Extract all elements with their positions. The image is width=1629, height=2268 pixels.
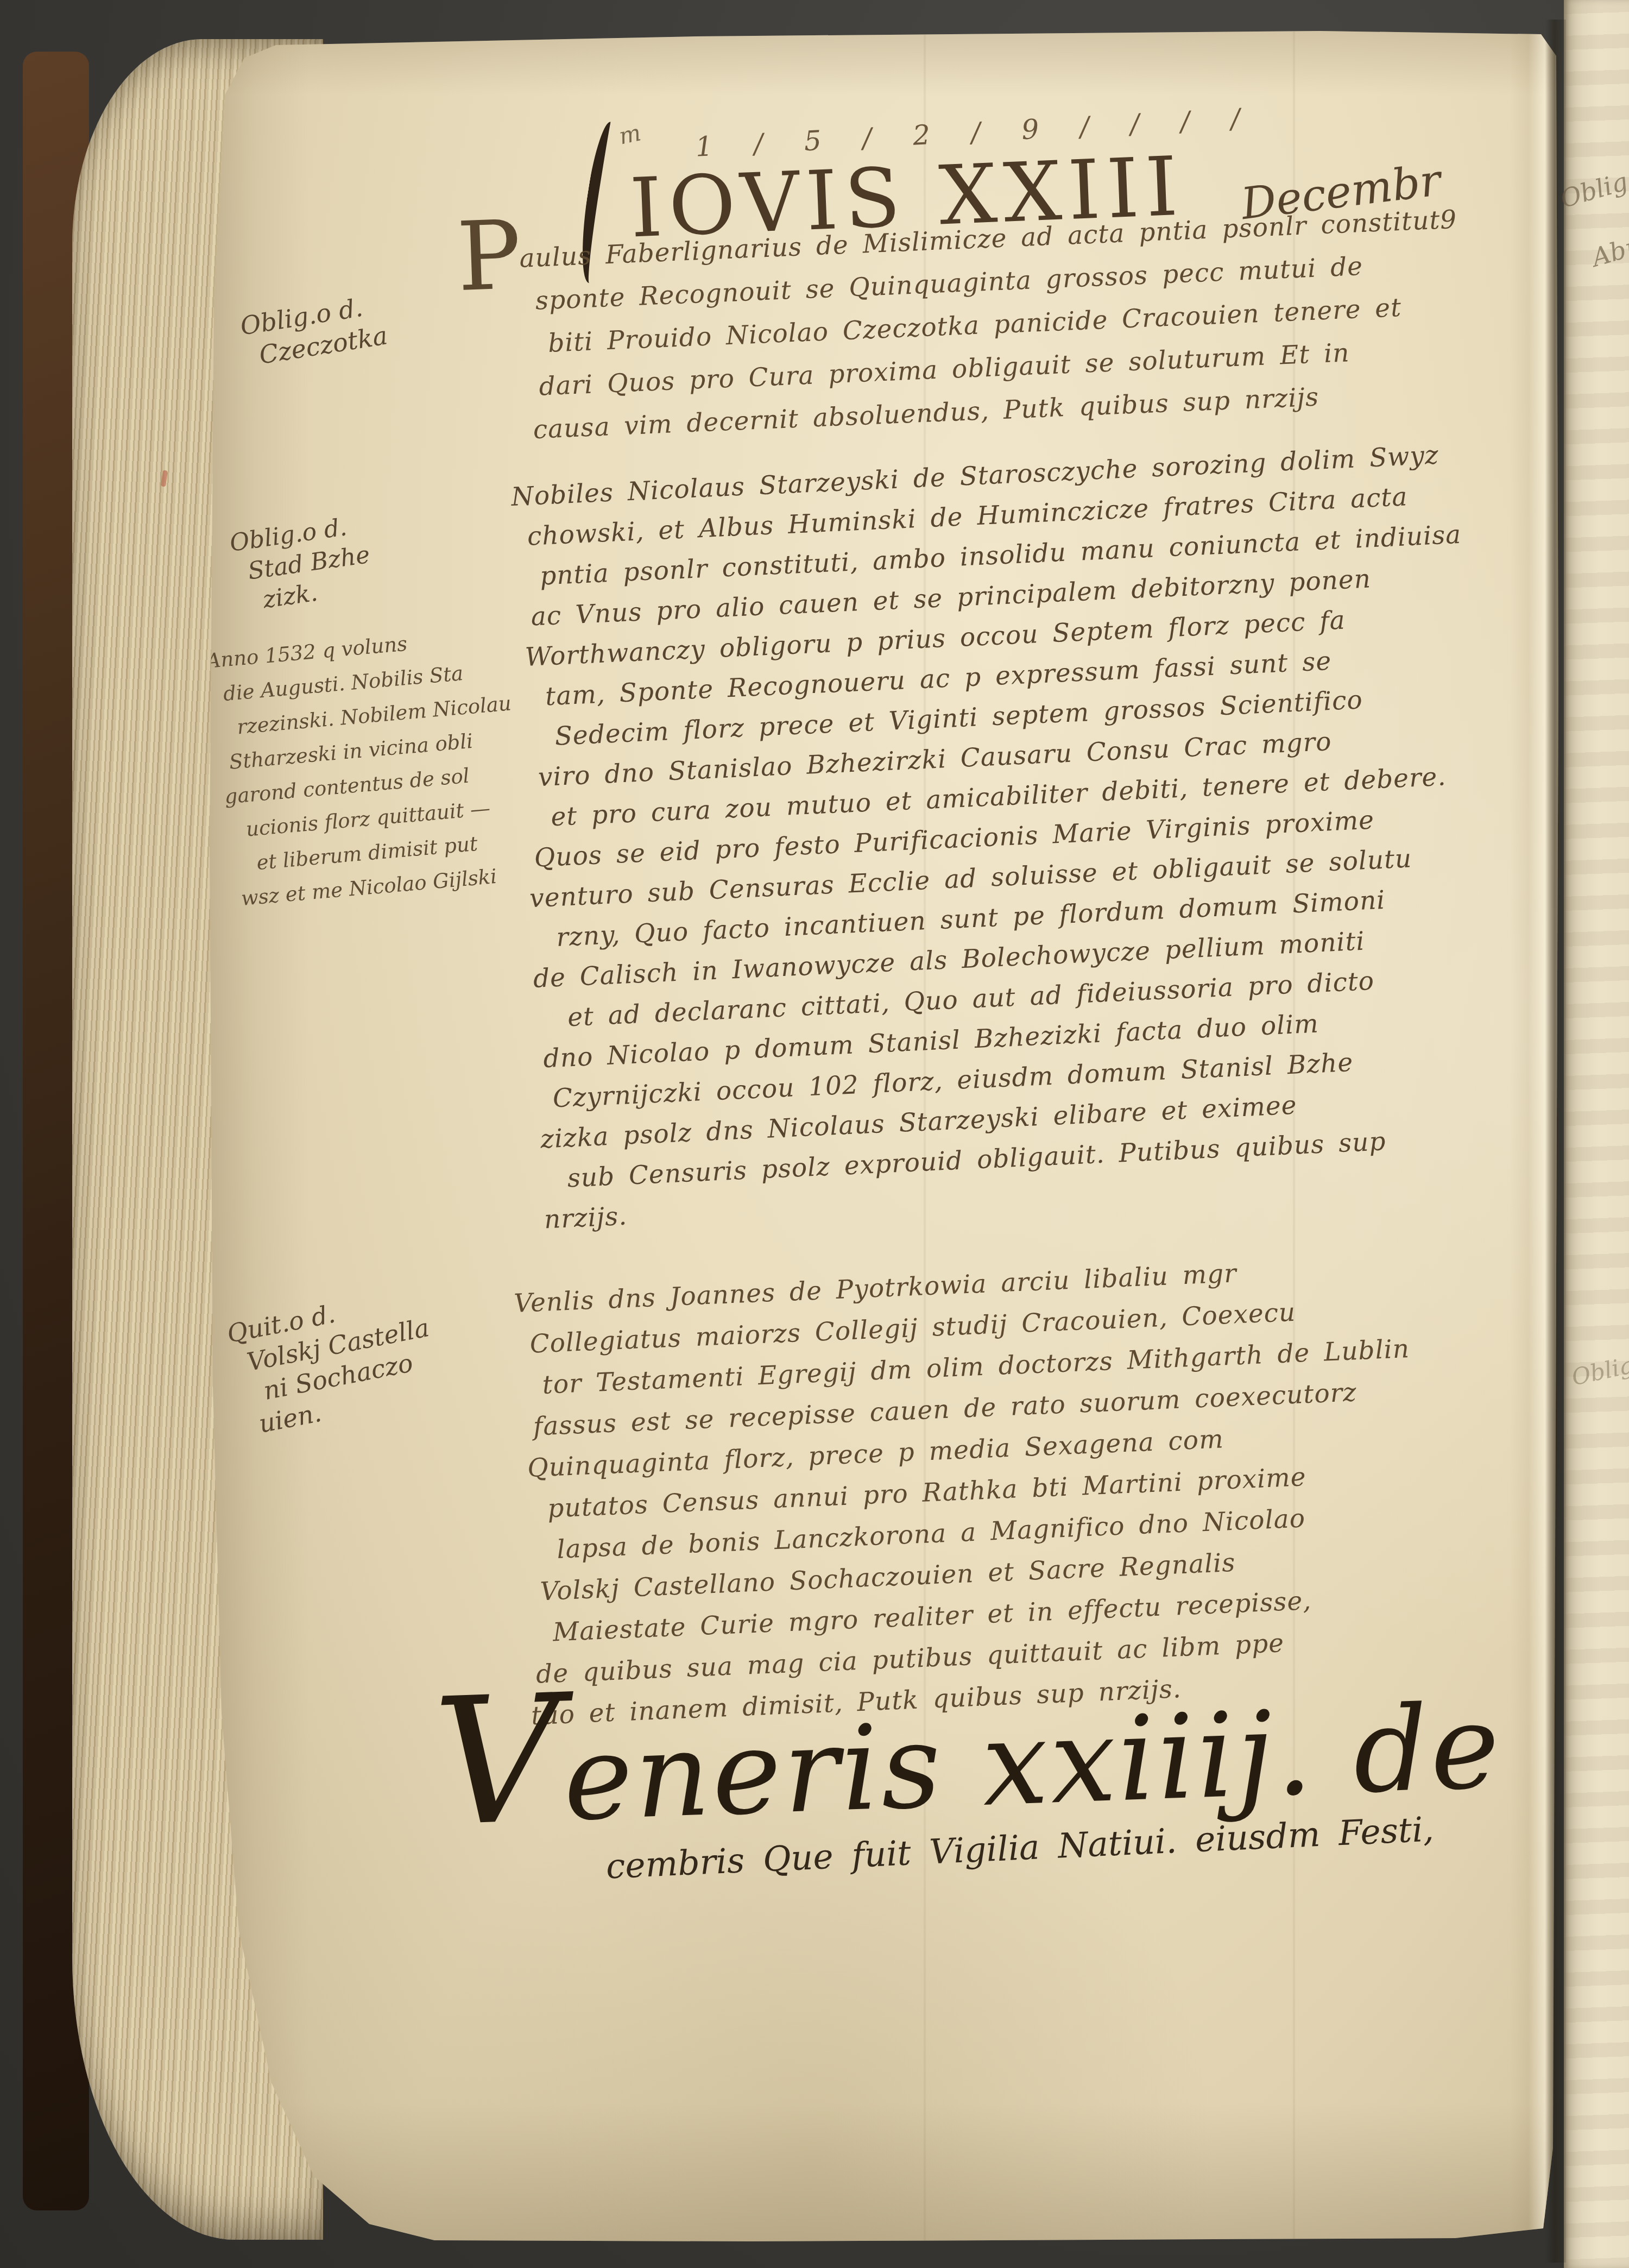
entry-initial: P: [456, 208, 523, 305]
entry-paragraph: aulus Faberlignarius de Mislimicze ad ac…: [519, 193, 1591, 452]
margin-note: Oblig.o d.Czeczotka: [238, 288, 390, 373]
page-gap-shadow: [1545, 20, 1566, 2263]
entry-paragraph: Nobiles Nicolaus Starzeyski de Starosczy…: [510, 429, 1619, 1240]
margin-note: Quit.o d.Volskj Castellani Sochaczouien.: [224, 1281, 444, 1442]
manuscript-page: 1 / 5 / 2 / 9 / / / / m IOVIS XXIII Dece…: [206, 30, 1559, 2245]
next-page-sliver: ObligAbram Oblig: [1564, 0, 1629, 2268]
margin-note: Oblig.o d.Stad Bzhezizk.: [228, 509, 376, 619]
margin-note-1532: Anno 1532 q volunsdie Augusti. Nobilis S…: [205, 618, 528, 917]
bleed-through-texture: [1564, 0, 1629, 2268]
entry-paragraph: Venlis dns Joannes de Pyotrkowia arciu l…: [513, 1238, 1606, 1737]
